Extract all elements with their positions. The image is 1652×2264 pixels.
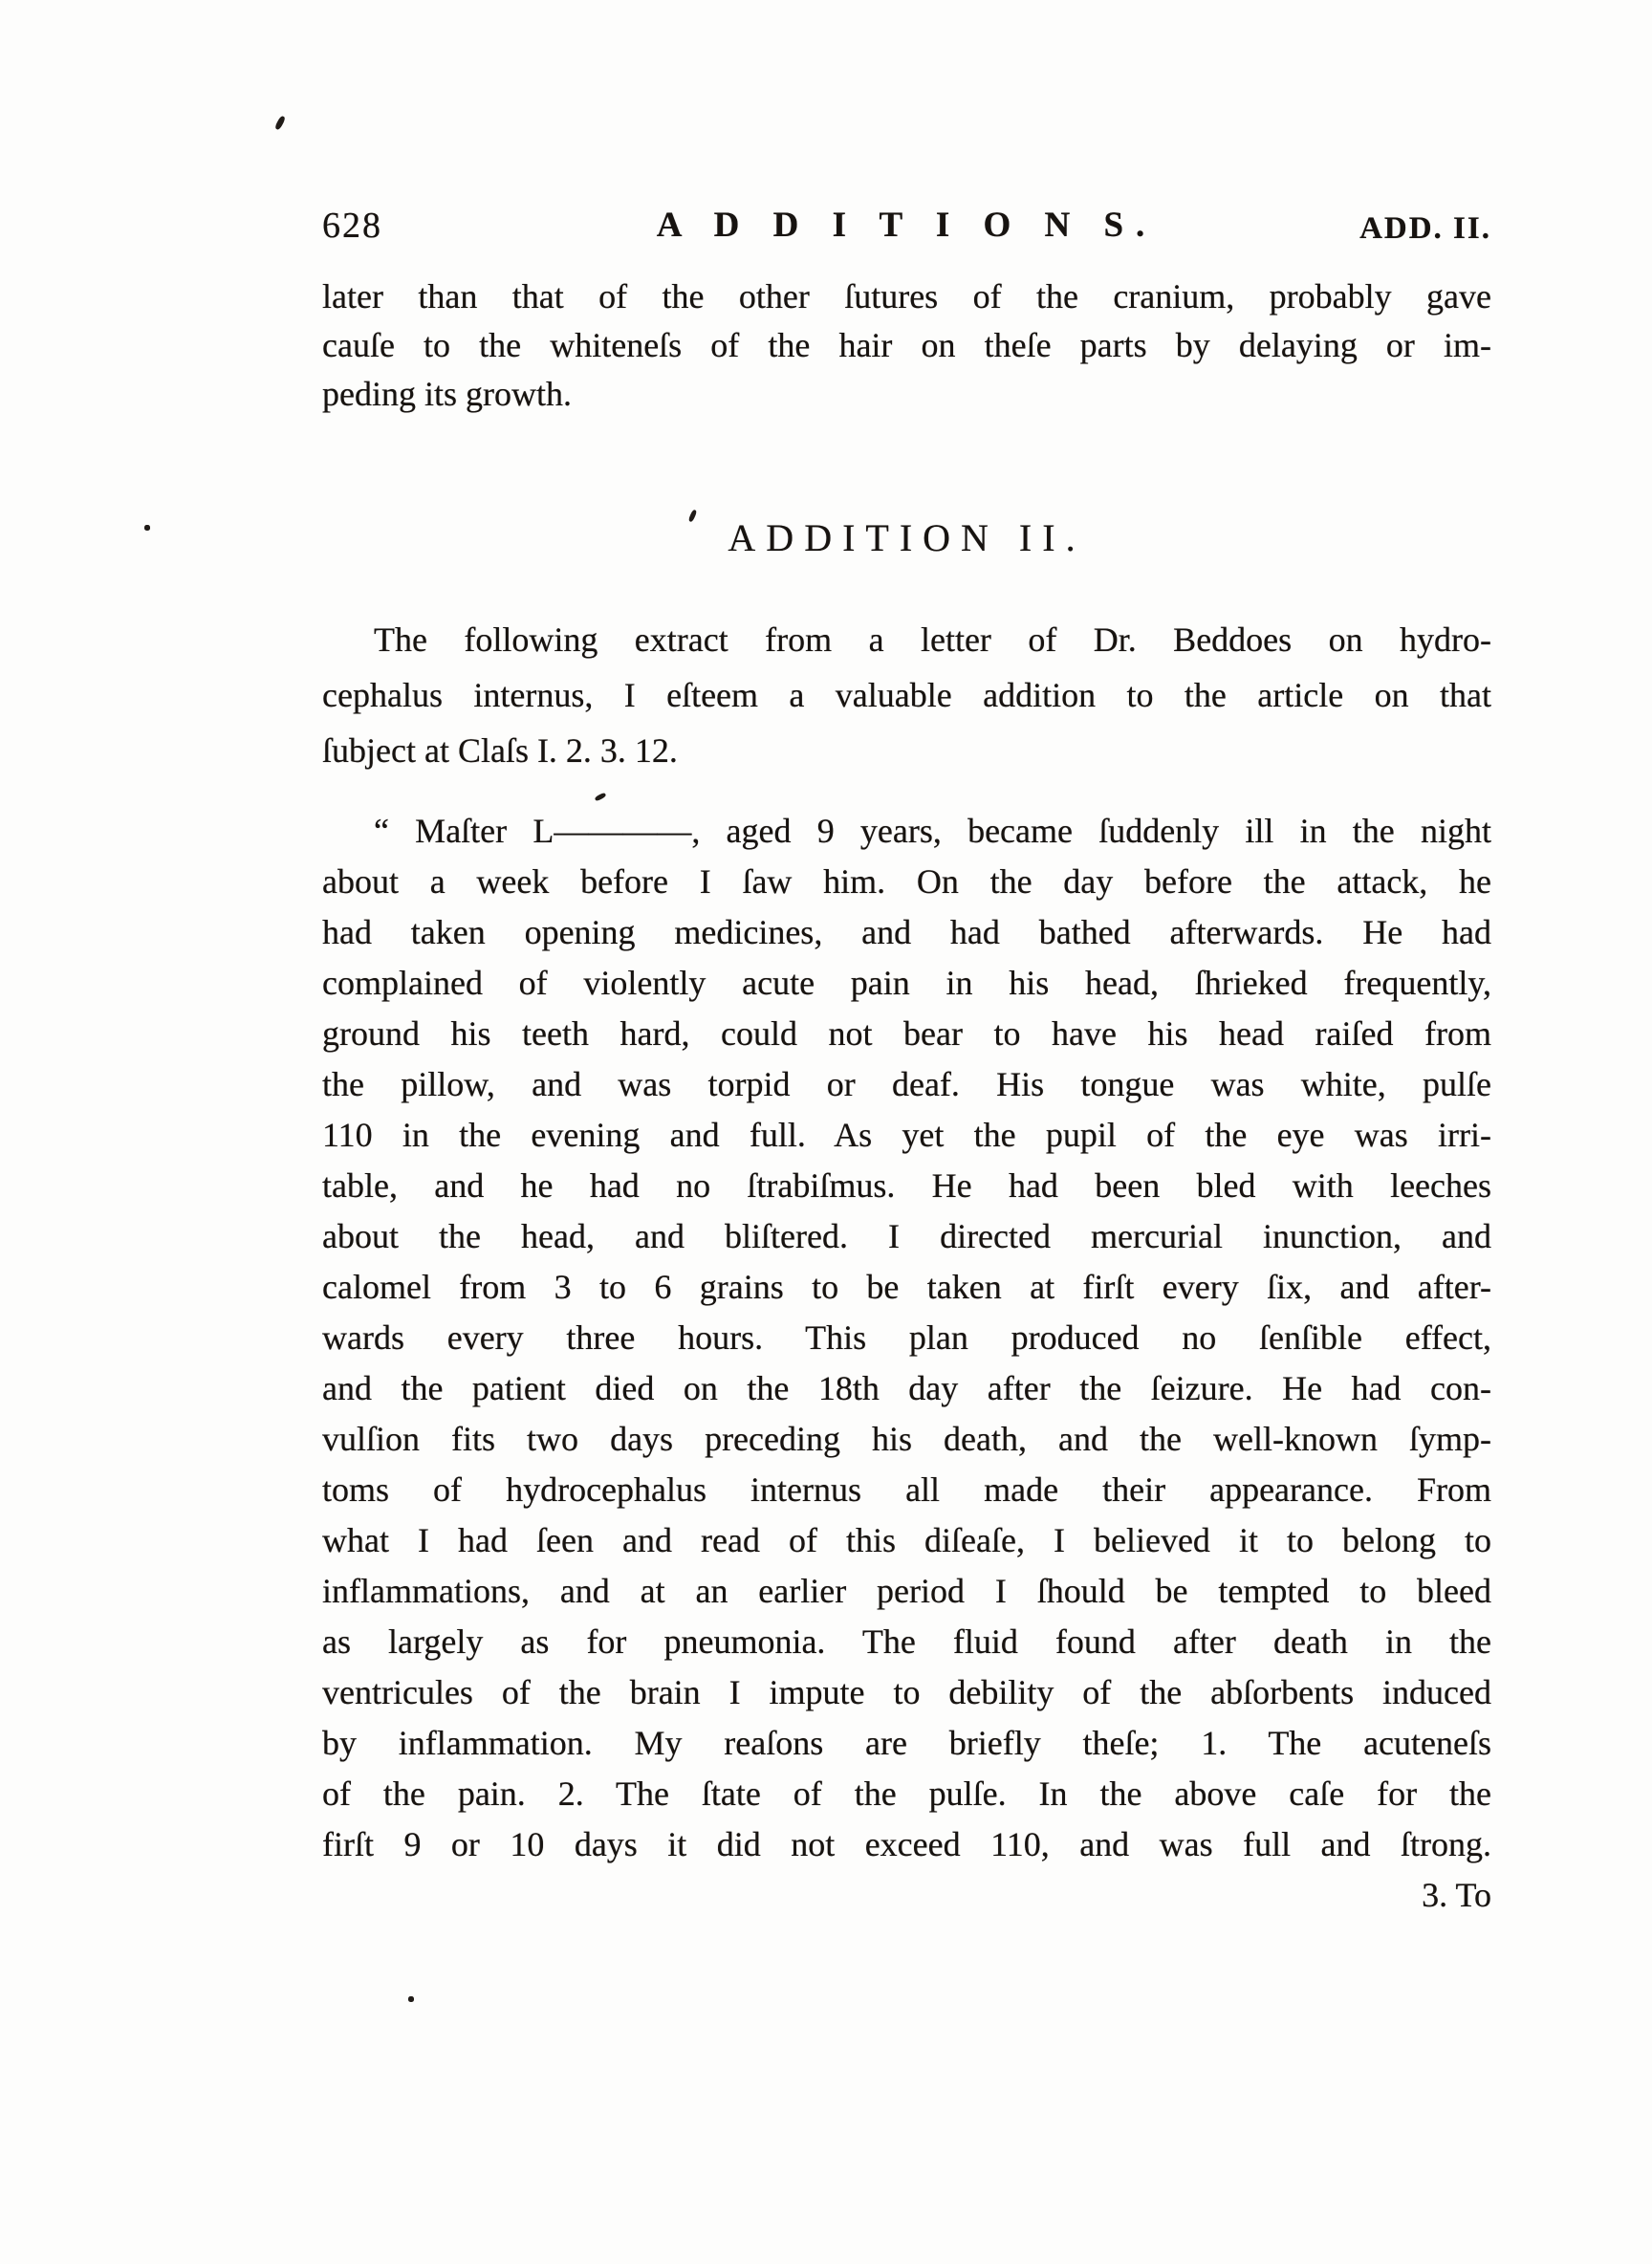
intro-paragraph: The following extract from a letter of D… xyxy=(322,612,1491,778)
text-line: firſt 9 or 10 days it did not exceed 110… xyxy=(322,1819,1491,1870)
text-line: calomel from 3 to 6 grains to be taken a… xyxy=(322,1262,1491,1313)
text-line: “ Maſter L————, aged 9 years, became ſud… xyxy=(322,806,1491,857)
letter-extract-paragraph: “ Maſter L————, aged 9 years, became ſud… xyxy=(322,806,1491,1870)
text-line: as largely as for pneumonia. The fluid f… xyxy=(322,1617,1491,1667)
continuation-paragraph: later than that of the other ſutures of … xyxy=(322,272,1491,419)
section-ref: ADD. II. xyxy=(1359,207,1491,250)
ink-speck xyxy=(144,525,150,531)
text-line: ground his teeth hard, could not bear to… xyxy=(322,1009,1491,1059)
text-line: about a week before I ſaw him. On the da… xyxy=(322,857,1491,907)
text-line: had taken opening medicines, and had bat… xyxy=(322,907,1491,958)
text-line: the pillow, and was torpid or deaf. His … xyxy=(322,1059,1491,1110)
text-line: later than that of the other ſutures of … xyxy=(322,272,1491,321)
text-line: peding its growth. xyxy=(322,370,1491,419)
catchword: 3. To xyxy=(322,1870,1491,1921)
text-line: cephalus internus, I eſteem a valuable a… xyxy=(322,667,1491,723)
text-line: The following extract from a letter of D… xyxy=(322,612,1491,667)
running-title: A D D I T I O N S. xyxy=(322,204,1491,248)
section-heading: ADDITION II. xyxy=(322,513,1491,563)
text-line: 110 in the evening and full. As yet the … xyxy=(322,1110,1491,1161)
text-line: and the patient died on the 18th day aft… xyxy=(322,1363,1491,1414)
text-line: toms of hydrocephalus internus all made … xyxy=(322,1465,1491,1515)
text-line: by inflammation. My reaſons are briefly … xyxy=(322,1718,1491,1769)
text-line: ventricules of the brain I impute to deb… xyxy=(322,1667,1491,1718)
text-line: complained of violently acute pain in hi… xyxy=(322,958,1491,1009)
text-line: inflammations, and at an earlier period … xyxy=(322,1566,1491,1617)
text-line: what I had ſeen and read of this diſeaſe… xyxy=(322,1515,1491,1566)
text-line: wards every three hours. This plan produ… xyxy=(322,1313,1491,1363)
text-line: vulſion fits two days preceding his deat… xyxy=(322,1414,1491,1465)
book-page: 628 A D D I T I O N S. ADD. II. later th… xyxy=(0,0,1652,2264)
page-header: 628 A D D I T I O N S. ADD. II. xyxy=(322,204,1491,248)
text-line: about the head, and bliſtered. I directe… xyxy=(322,1211,1491,1262)
text-line: table, and he had no ſtrabiſmus. He had … xyxy=(322,1161,1491,1211)
text-line: of the pain. 2. The ſtate of the pulſe. … xyxy=(322,1769,1491,1819)
ink-speck xyxy=(595,792,607,801)
text-line: cauſe to the whiteneſs of the hair on th… xyxy=(322,321,1491,370)
ink-speck xyxy=(274,115,286,130)
text-line: ſubject at Claſs I. 2. 3. 12. xyxy=(322,723,1491,778)
ink-speck xyxy=(408,1996,414,2002)
